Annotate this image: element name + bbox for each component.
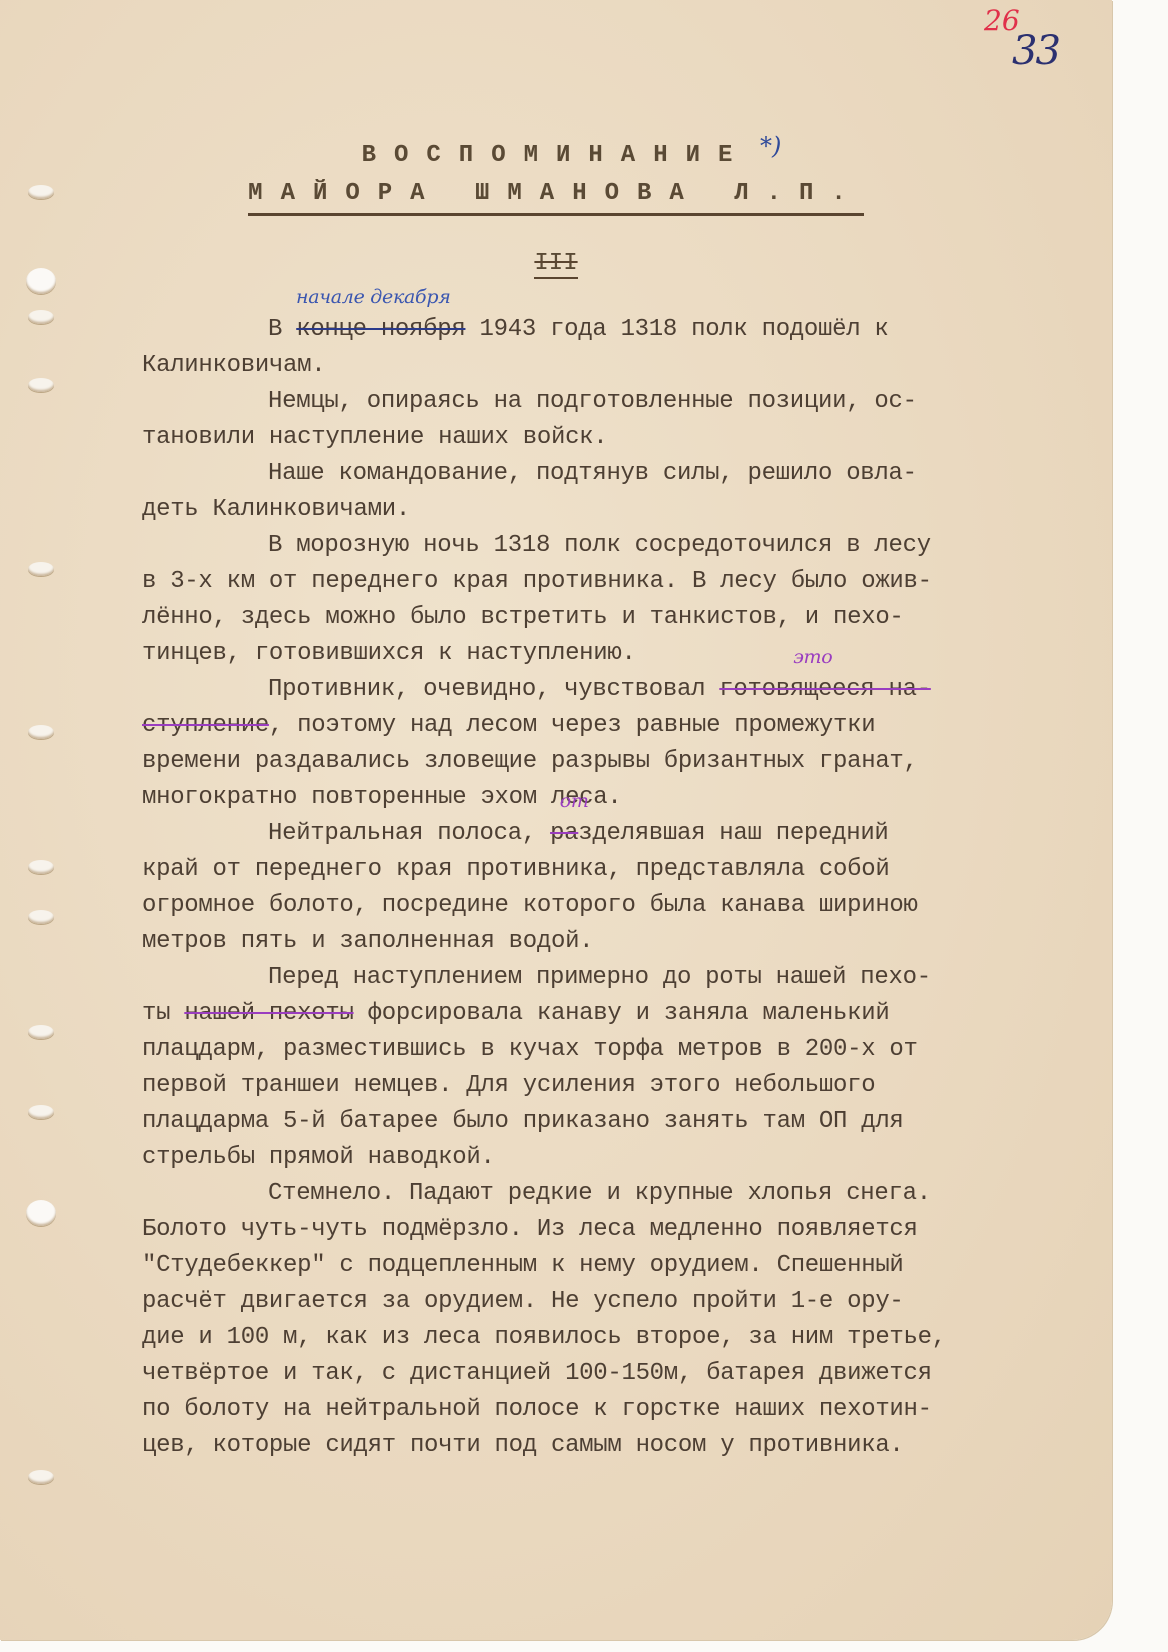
text-line: В морозную ночь 1318 полк сосредоточился…	[142, 528, 1042, 564]
text-line: плацдарм, разместившись в кучах торфа ме…	[142, 1032, 1042, 1068]
punch-hole	[28, 562, 54, 576]
text-line: времени раздавались зловещие разрывы бри…	[142, 744, 1042, 780]
document-title: ВОСПОМИНАНИЕ	[0, 142, 1112, 169]
punch-hole	[28, 725, 54, 739]
text-line: метров пять и заполненная водой.	[142, 924, 1042, 960]
text-line: лённо, здесь можно было встретить и танк…	[142, 600, 1042, 636]
paragraph: Немцы, опираясь на подготовленные позици…	[142, 384, 1042, 456]
footnote-marker: *)	[760, 132, 781, 160]
text-line: Нейтральная полоса, разделявшая наш пере…	[142, 816, 1042, 852]
section-number: III	[0, 250, 1112, 277]
text-line: в 3-х км от переднего края противника. В…	[142, 564, 1042, 600]
punch-hole	[28, 310, 54, 324]
text-line: деть Калинковичами.	[142, 492, 1042, 528]
text-line: Болото чуть-чуть подмёрзло. Из леса медл…	[142, 1212, 1042, 1248]
text-line: расчёт двигается за орудием. Не успело п…	[142, 1284, 1042, 1320]
text-line: Немцы, опираясь на подготовленные позици…	[142, 384, 1042, 420]
text-line: четвёртое и так, с дистанцией 100-150м, …	[142, 1356, 1042, 1392]
punch-hole	[28, 1105, 54, 1119]
text-line: Наше командование, подтянув силы, решило…	[142, 456, 1042, 492]
paragraph: Стемнело. Падают редкие и крупные хлопья…	[142, 1176, 1042, 1464]
text-line: край от переднего края противника, предс…	[142, 852, 1042, 888]
text-line: ты нашей пехоты форсировала канаву и зан…	[142, 996, 1042, 1032]
text-line: первой траншеи немцев. Для усиления этог…	[142, 1068, 1042, 1104]
paragraph: В морозную ночь 1318 полк сосредоточился…	[142, 528, 1042, 672]
paragraph: Нейтральная полоса, разделявшая наш пере…	[142, 816, 1042, 960]
punch-hole	[26, 1200, 56, 1226]
text-line: цев, которые сидят почти под самым носом…	[142, 1428, 1042, 1464]
text-line: Калинковичам.	[142, 348, 1042, 384]
punch-hole	[28, 378, 54, 392]
struck-text: нашей пехоты	[184, 1000, 353, 1027]
document-body: В конце ноября 1943 года 1318 полк подош…	[142, 312, 1042, 1464]
handwritten-insertion: это	[793, 646, 832, 668]
paragraph: Перед наступлением примерно до роты наше…	[142, 960, 1042, 1176]
title-line-1: ВОСПОМИНАНИЕ	[362, 142, 751, 169]
handwritten-insertion: начале декабря	[296, 286, 450, 308]
paragraph: В конце ноября 1943 года 1318 полк подош…	[142, 312, 1042, 384]
text-line: тинцев, готовившихся к наступлению.	[142, 636, 1042, 672]
punch-hole	[28, 910, 54, 924]
text-line: Стемнело. Падают редкие и крупные хлопья…	[142, 1176, 1042, 1212]
punch-hole	[28, 1470, 54, 1484]
paragraph: Наше командование, подтянув силы, решило…	[142, 456, 1042, 528]
text-line: В конце ноября 1943 года 1318 полк подош…	[142, 312, 1042, 348]
text-line: "Студебеккер" с подцепленным к нему оруд…	[142, 1248, 1042, 1284]
paragraph: Противник, очевидно, чувствовал готовяще…	[142, 672, 1042, 816]
text-line: Перед наступлением примерно до роты наше…	[142, 960, 1042, 996]
text-line: тановили наступление наших войск.	[142, 420, 1042, 456]
punch-hole	[28, 860, 54, 874]
punch-hole	[28, 1025, 54, 1039]
text-line: стрельбы прямой наводкой.	[142, 1140, 1042, 1176]
text-line: ступление, поэтому над лесом через равны…	[142, 708, 1042, 744]
title-line-2: МАЙОРА ШМАНОВА Л.П.	[248, 180, 864, 216]
struck-text: конце ноября	[296, 316, 465, 343]
text-line: по болоту на нейтральной полосе к горстк…	[142, 1392, 1042, 1428]
handwritten-insertion: от	[560, 790, 589, 812]
text-line: Противник, очевидно, чувствовал готовяще…	[142, 672, 1042, 708]
struck-text: ступление	[142, 712, 269, 739]
document-subtitle: МАЙОРА ШМАНОВА Л.П.	[0, 180, 1112, 207]
text-line: дие и 100 м, как из леса появилось второ…	[142, 1320, 1042, 1356]
page-number: 33	[1012, 28, 1059, 74]
struck-text: готовящееся на-	[719, 676, 931, 703]
text-line: огромное болото, посредине которого была…	[142, 888, 1042, 924]
document-page: 26 33 ВОСПОМИНАНИЕ *) МАЙОРА ШМАНОВА Л.П…	[0, 0, 1112, 1640]
text-line: многократно повторенные эхом леса.	[142, 780, 1042, 816]
struck-text: ра	[550, 820, 578, 847]
text-line: плацдарма 5-й батарее было приказано зан…	[142, 1104, 1042, 1140]
